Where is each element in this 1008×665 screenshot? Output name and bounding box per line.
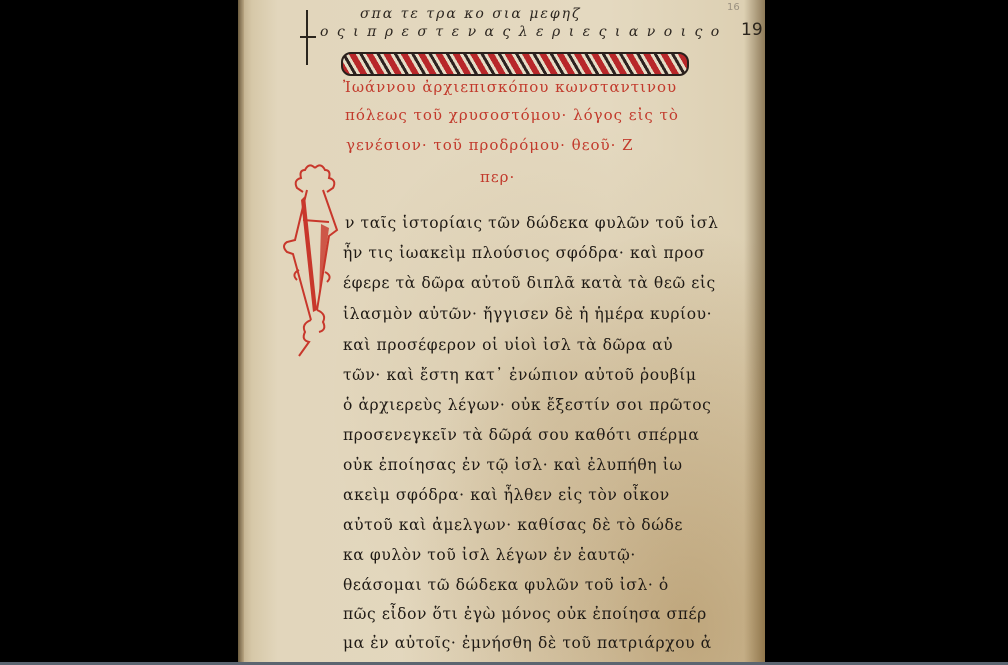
- text-line-6: τῶν· καὶ ἔστη κατ᾽ ἐνώπιον αὐτοῦ ῥουβίμ: [343, 366, 697, 384]
- text-line-5: καὶ προσέφερον οἱ υἱοὶ ἰσλ τὰ δῶρα αὐ: [343, 336, 673, 354]
- rubric-title-line-2: πόλεως τοῦ χρυσοστόμου· λόγος εἰς τὸ: [345, 106, 679, 124]
- text-line-2: ἦν τις ἰωακεὶμ πλούσιος σφόδρα· καὶ προσ: [343, 244, 705, 262]
- text-line-7: ὁ ἀρχιερεὺς λέγων· οὐκ ἔξεστίν σοι πρῶτο…: [343, 396, 711, 414]
- text-line-10: ακεὶμ σφόδρα· καὶ ἦλθεν εἰς τὸν οἶκον: [343, 486, 670, 504]
- text-line-12: κα φυλὸν τοῦ ἰσλ λέγων ἐν ἑαυτῷ·: [343, 546, 636, 564]
- text-line-1: ν ταῖς ἱστορίαις τῶν δώδεκα φυλῶν τοῦ ἰσ…: [345, 214, 718, 232]
- text-line-11: αὐτοῦ καὶ ἀμελγων· καθίσας δὲ τὸ δώδε: [343, 516, 683, 534]
- cross-mark-bar: [300, 36, 316, 38]
- rubric-title-line-1: Ἰωάννου ἀρχιεπισκόπου κωνσταντινου: [343, 78, 677, 96]
- text-line-4: ἱλασμὸν αὐτῶν· ἤγγισεν δὲ ἡ ἡμέρα κυρίου…: [343, 305, 712, 323]
- old-folio-number: 16: [727, 2, 740, 13]
- rubric-title-line-4: περ·: [480, 168, 515, 186]
- folio-number: 19: [741, 20, 763, 40]
- text-line-15: μα ἐν αὐτοῖς· ἐμνήσθη δὲ τοῦ πατριάρχου …: [343, 634, 712, 652]
- text-line-13: θεάσομαι τῶ δώδεκα φυλῶν τοῦ ἰσλ· ὁ: [343, 576, 669, 594]
- text-line-3: έφερε τὰ δῶρα αὐτοῦ διπλᾶ κατὰ τὰ θεῶ εἰ…: [343, 274, 716, 292]
- text-line-8: προσενεγκεῖν τὰ δῶρά σου καθότι σπέρμα: [343, 426, 699, 444]
- marginal-note-line-2: ο ς ι π ρ ε σ τ ε ν α ς λ ε ρ ι ε ς ι α …: [320, 24, 721, 40]
- text-line-14: πῶς εἶδον ὅτι ἐγὼ μόνος οὐκ ἐποίησα σπέρ: [343, 605, 707, 623]
- braided-headpiece-ornament: [341, 52, 689, 76]
- marginal-note-line-1: σπα τε τρα κο σια μεφηζ: [360, 6, 582, 22]
- page-gutter: [238, 0, 244, 662]
- text-line-9: οὐκ ἐποίησας ἐν τῷ ἰσλ· καὶ ἐλυπήθη ἰω: [343, 456, 683, 474]
- rubric-title-line-3: γενέσιον· τοῦ προδρόμου· θεοῦ· Ζ: [346, 136, 634, 154]
- decorated-initial-icon: [277, 160, 347, 360]
